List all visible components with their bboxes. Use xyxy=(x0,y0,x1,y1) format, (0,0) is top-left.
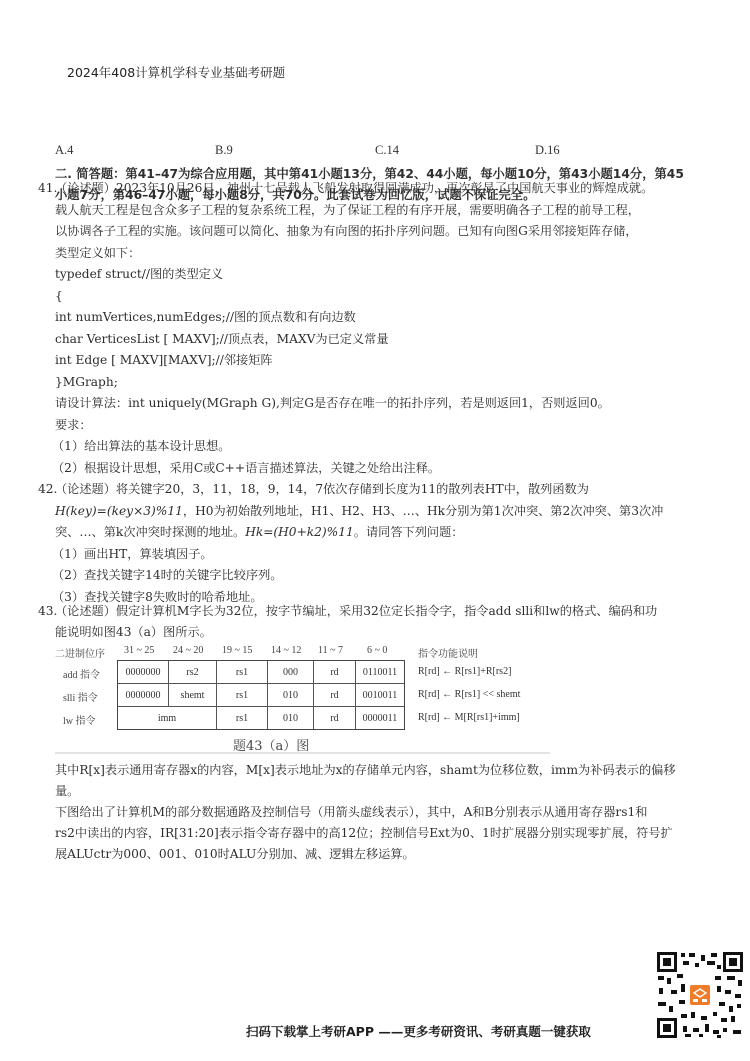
row-label-add: add 指令 xyxy=(63,666,100,681)
q41-line: 请设计算法：int uniquely(MGraph G),判定G是否存在唯一的拓… xyxy=(55,393,610,414)
field-cell: rd xyxy=(314,684,356,707)
function-desc-header: 指令功能说明 xyxy=(418,645,478,660)
field-cell: shemt xyxy=(169,684,217,707)
bit-range: 6 ~ 0 xyxy=(367,645,387,656)
field-cell: 0110011 xyxy=(356,661,404,684)
instruction-format-grid: 0000000 rs2 rs1 000 rd 0110011 0000000 s… xyxy=(117,660,405,730)
field-cell: rs1 xyxy=(217,684,268,707)
field-cell: rd xyxy=(314,661,356,684)
q41-line: 以协调各子工程的实施。该问题可以简化、抽象为有向图的拓扑序列问题。已知有向图G采… xyxy=(55,221,638,242)
function-desc-slli: R[rd] ← R[rs1] << shemt xyxy=(418,689,520,700)
hash-function-formula: H(key)=(key×3)%11 xyxy=(55,504,183,518)
q41-code-line: { xyxy=(55,286,63,307)
field-cell: 010 xyxy=(268,707,314,729)
field-cell: rs1 xyxy=(217,661,268,684)
field-cell: 0000000 xyxy=(118,684,169,707)
q41-line: 类型定义如下： xyxy=(55,243,140,264)
field-cell: rs2 xyxy=(169,661,217,684)
q43-paragraph-line: 展ALUctr为000、001、010时ALU分别加、减、逻辑左移运算。 xyxy=(55,844,415,865)
q41-code-line: typedef struct//图的类型定义 xyxy=(55,264,223,285)
probe-formula: Hk=(H0+k2)%11 xyxy=(245,525,354,539)
field-cell: 0000011 xyxy=(356,707,404,729)
field-cell: 0010011 xyxy=(356,684,404,707)
option-c: C.14 xyxy=(375,143,399,158)
field-cell: imm xyxy=(118,707,217,729)
bit-range: 11 ~ 7 xyxy=(318,645,343,656)
q43-paragraph-line: 量。 xyxy=(55,781,79,802)
field-cell: rd xyxy=(314,707,356,729)
field-cell: rs1 xyxy=(217,707,268,729)
q43-paragraph-line: rs2中读出的内容，IR[31:20]表示指令寄存器中的高12位；控制信号Ext… xyxy=(55,823,673,844)
q41-code-line: int numVertices,numEdges;//图的顶点数和有向边数 xyxy=(55,307,356,328)
q42-line: （论述题）将关键字20，3，11，18，9，14，7依次存储到长度为11的散列表… xyxy=(55,479,589,500)
q41-code-line: int Edge [ MAXV][MAXV];//邻接矩阵 xyxy=(55,350,273,371)
q41-code-line: char VerticesList [ MAXV];//顶点表，MAXV为已定义… xyxy=(55,329,389,350)
q42-subquestion: （1）画出HT，算装填因子。 xyxy=(52,544,213,565)
q42-subquestion: （2）查找关键字14时的关键字比较序列。 xyxy=(52,565,282,586)
row-label-slli: slli 指令 xyxy=(63,689,98,704)
field-cell: 010 xyxy=(268,684,314,707)
figure-divider xyxy=(55,752,550,754)
function-desc-add: R[rd] ← R[rs1]+R[rs2] xyxy=(418,666,511,677)
row-label-lw: lw 指令 xyxy=(63,712,96,727)
bit-order-label: 二进制位序 xyxy=(55,645,105,660)
q41-requirement: （1）给出算法的基本设计思想。 xyxy=(52,436,230,457)
option-a: A.4 xyxy=(55,143,73,158)
q41-requirement: （2）根据设计思想，采用C或C++语言描述算法，关键之处给出注释。 xyxy=(52,458,440,479)
footer-promo-text: 扫码下载掌上考研APP ——更多考研资讯、考研真题一键获取 xyxy=(246,1022,591,1040)
q42-line: 突、…、第k次冲突时探测的地址。Hk=(H0+k2)%11。请同答下列问题： xyxy=(55,522,463,543)
function-desc-lw: R[rd] ← M[R[rs1]+imm] xyxy=(418,712,520,723)
q42-line: H(key)=(key×3)%11，H0为初始散列地址，H1、H2、H3、…、H… xyxy=(55,501,663,522)
qr-code-icon[interactable] xyxy=(655,950,745,1040)
q41-line: （论述题）2023年10月26日，神州十七号载人飞船发射取得圆满成功，再次彰显了… xyxy=(55,178,653,199)
bit-range: 14 ~ 12 xyxy=(271,645,301,656)
bit-range: 31 ~ 25 xyxy=(124,645,154,656)
q43-line: 能说明如图43（a）图所示。 xyxy=(55,622,212,643)
q43-paragraph-line: 下图给出了计算机M的部分数据通路及控制信号（用箭头虚线表示），其中，A和B分别表… xyxy=(55,802,647,823)
bit-range: 24 ~ 20 xyxy=(173,645,203,656)
field-cell: 0000000 xyxy=(118,661,169,684)
q41-code-line: }MGraph; xyxy=(55,372,118,393)
q43-line: （论述题）假定计算机M字长为32位，按字节编址，采用32位定长指令字，指令add… xyxy=(55,601,657,622)
field-cell: 000 xyxy=(268,661,314,684)
q41-line: 载人航天工程是包含众多子工程的复杂系统工程，为了保证工程的有序开展，需要明确各子… xyxy=(55,200,640,221)
page-header-title: 2024年408计算机学科专业基础考研题 xyxy=(67,63,285,81)
bit-range: 19 ~ 15 xyxy=(222,645,252,656)
option-d: D.16 xyxy=(535,143,560,158)
option-b: B.9 xyxy=(215,143,233,158)
q41-line: 要求： xyxy=(55,415,92,436)
q43-paragraph-line: 其中R[x]表示通用寄存器x的内容，M[x]表示地址为x的存储单元内容，sham… xyxy=(55,760,676,781)
